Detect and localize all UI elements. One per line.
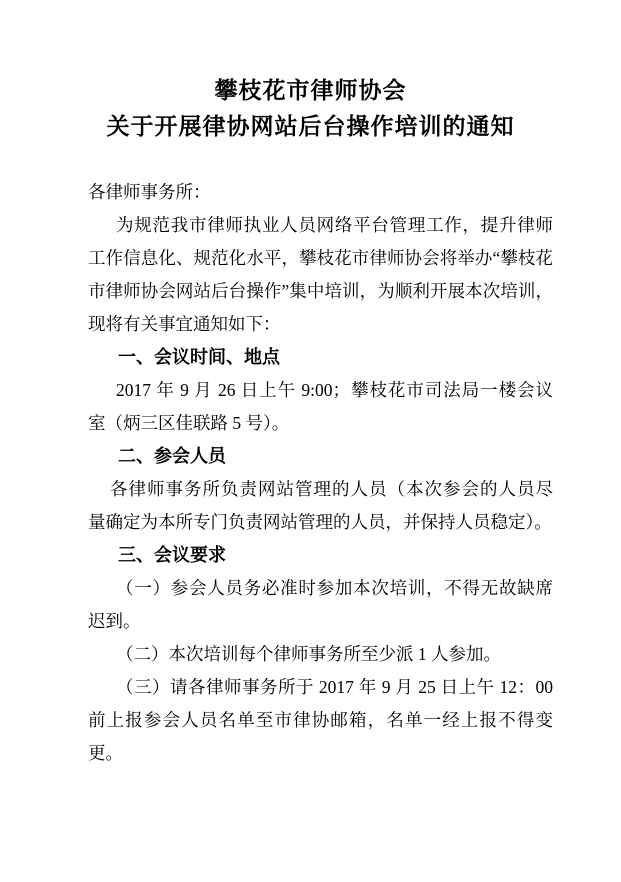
section-heading: 二、参会人员 <box>88 440 553 473</box>
body-text-line: 各律师事务所负责网站管理的人员（本次参会的人员尽 <box>88 473 553 506</box>
body-text-line: 迟到。 <box>88 605 553 638</box>
body-text-line: 工作信息化、规范化水平，攀枝花市律师协会将举办“攀枝花 <box>88 242 553 275</box>
doc-title-line-1: 攀枝花市律师协会 <box>0 72 621 108</box>
body-text-line: （一）参会人员务必准时参加本次培训，不得无故缺席 <box>88 572 553 605</box>
body-text-line: 各律师事务所： <box>88 176 553 209</box>
document-body: 各律师事务所：为规范我市律师执业人员网络平台管理工作，提升律师工作信息化、规范化… <box>88 176 553 770</box>
body-text-line: 2017 年 9 月 26 日上午 9:00；攀枝花市司法局一楼会议 <box>88 374 553 407</box>
body-text-line: （二）本次培训每个律师事务所至少派 1 人参加。 <box>88 638 553 671</box>
document-page: 攀枝花市律师协会 关于开展律协网站后台操作培训的通知 各律师事务所：为规范我市律… <box>0 0 621 882</box>
body-text-line: 量确定为本所专门负责网站管理的人员，并保持人员稳定）。 <box>88 506 553 539</box>
body-text-line: （三）请各律师事务所于 2017 年 9 月 25 日上午 12：00 <box>88 671 553 704</box>
body-text-line: 现将有关事宜通知如下： <box>88 308 553 341</box>
doc-title-line-2: 关于开展律协网站后台操作培训的通知 <box>0 108 621 144</box>
body-text-line: 市律师协会网站后台操作”集中培训，为顺利开展本次培训， <box>88 275 553 308</box>
body-text-line: 前上报参会人员名单至市律协邮箱，名单一经上报不得变 <box>88 704 553 737</box>
body-text-line: 为规范我市律师执业人员网络平台管理工作，提升律师 <box>88 209 553 242</box>
section-heading: 三、会议要求 <box>88 539 553 572</box>
body-text-line: 室（炳三区佳联路 5 号）。 <box>88 407 553 440</box>
section-heading: 一、会议时间、地点 <box>88 341 553 374</box>
document-title: 攀枝花市律师协会 关于开展律协网站后台操作培训的通知 <box>0 0 621 144</box>
body-text-line: 更。 <box>88 737 553 770</box>
